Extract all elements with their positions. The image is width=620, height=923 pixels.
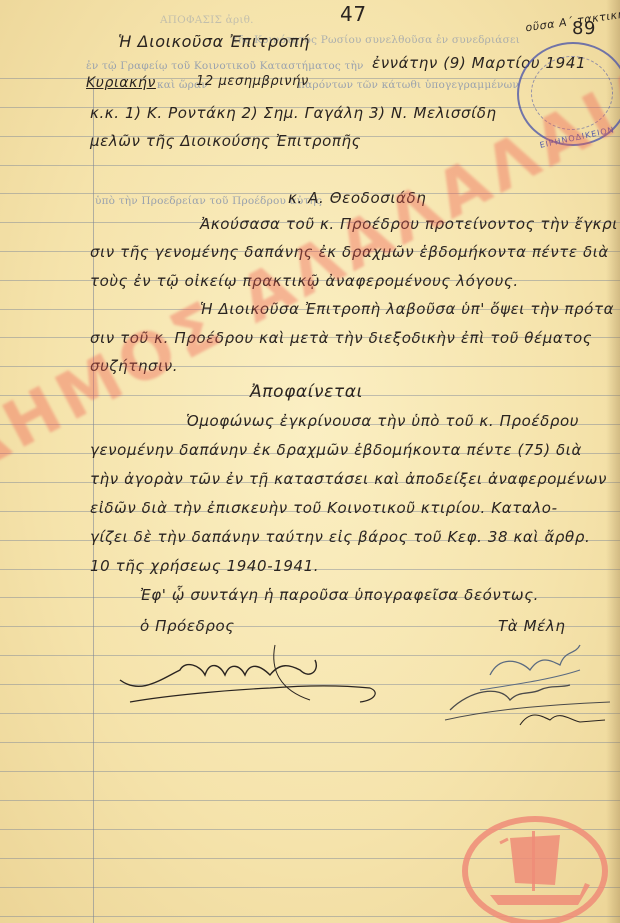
- para3-line3: τὴν ἀγορὰν τῶν ἐν τῇ καταστάσει καὶ ἀποδ…: [90, 470, 607, 488]
- members-list: κ.κ. 1) Κ. Ροντάκη 2) Σημ. Γαγάλη 3) Ν. …: [90, 104, 497, 122]
- printed-line-1: ἐν τῷ Γραφείῳ τοῦ Κοινοτικοῦ Καταστήματο…: [86, 60, 364, 72]
- para3-line5: γίζει δὲ τὴν δαπάνην ταύτην εἰς βάρος το…: [90, 528, 590, 546]
- closing-statement: Ἐφ' ᾧ συντάγη ἡ παροῦσα ὑπογραφεῖσα δεόν…: [140, 586, 539, 604]
- president-label: ὁ Πρόεδρος: [140, 617, 235, 635]
- president-signature: [110, 640, 390, 710]
- page-number: 47: [340, 2, 367, 26]
- para3-line2: γενομένην δαπάνην ἐκ δραχμῶν ἑβδομήκοντα…: [90, 441, 582, 459]
- session-day: Κυριακήν: [86, 75, 156, 91]
- committee-title: Ἡ Διοικοῦσα Ἐπιτροπή: [118, 32, 310, 51]
- members-label: Τὰ Μέλη: [498, 617, 565, 635]
- printed-header: ΑΠΟΦΑΣΙΣ ἀριθ.: [160, 14, 254, 26]
- members-signatures: [440, 640, 620, 730]
- decision-heading: Ἀποφαίνεται: [250, 382, 363, 402]
- members-of-committee: μελῶν τῆς Διοικούσης Ἐπιτροπῆς: [90, 132, 361, 150]
- para3-line6: 10 τῆς χρήσεως 1940-1941.: [90, 557, 319, 575]
- document-page: ΑΠΟΦΑΣΙΣ ἀριθ. τῆς Κοινότητος Ρωσίου συν…: [0, 0, 620, 923]
- printed-line-2b: παρόντων τῶν κάτωθι ὑπογεγραμμένων: [298, 79, 519, 91]
- para3-line4: εἰδῶν διὰ τὴν ἐπισκευὴν τοῦ Κοινοτικοῦ κ…: [90, 499, 558, 517]
- para3-line1: Ὁμοφώνως ἐγκρίνουσα τὴν ὑπὸ τοῦ κ. Προέδ…: [186, 412, 579, 430]
- ship-emblem-icon: [460, 813, 610, 923]
- session-hour: 12 μεσημβρινήν: [196, 74, 309, 89]
